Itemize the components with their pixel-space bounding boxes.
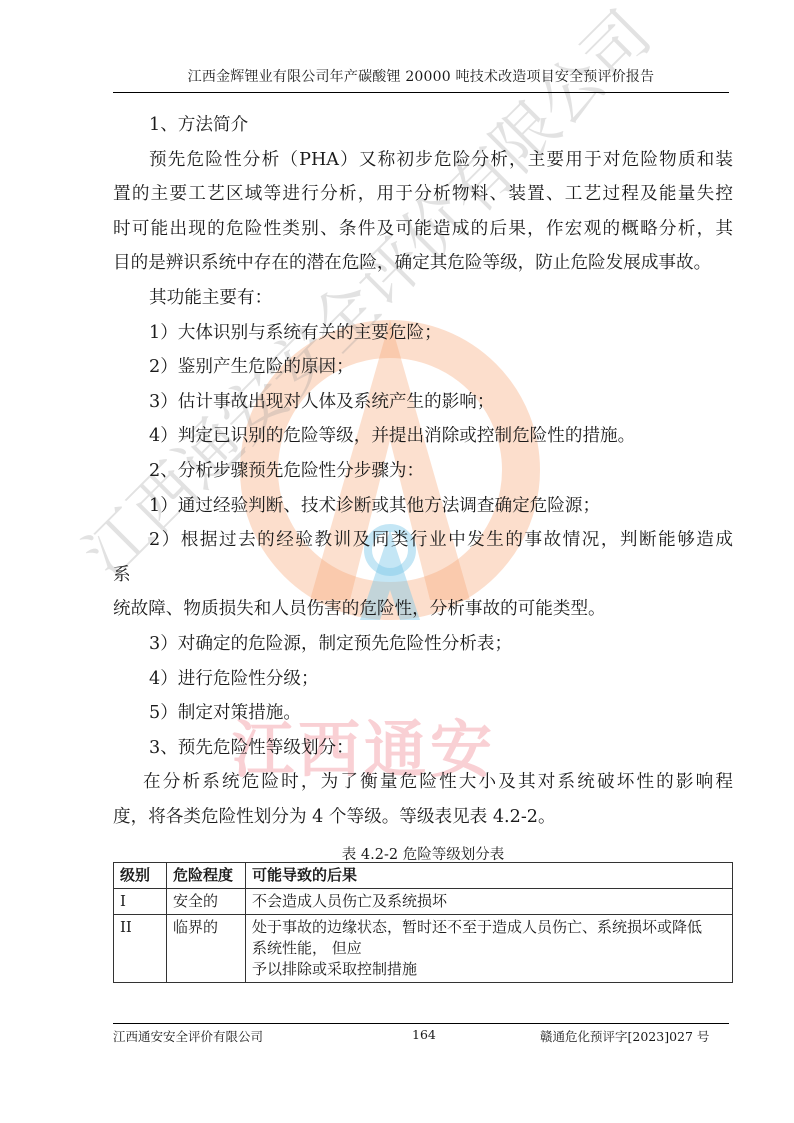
list-item: 2）根据过去的经验教训及同类行业中发生的事故情况，判断能够造成: [113, 523, 733, 558]
document-page: 江西通安 江西通安安全评价有限公司 江西金辉锂业有限公司年产碳酸锂 20000 …: [0, 0, 794, 1123]
list-item: 3）对确定的危险源，制定预先危险性分析表；: [113, 627, 733, 662]
list-item: 3）估计事故出现对人体及系统产生的影响；: [113, 385, 733, 420]
table-caption: 表 4.2-2 危险等级划分表: [113, 843, 733, 864]
page-number: 164: [412, 1027, 436, 1042]
cell-consequence: 处于事故的边缘状态，暂时还不至于造成人员伤亡、系统损坏或降低 系统性能， 但应 …: [246, 915, 733, 983]
section-heading-grades: 3、预先危险性等级划分：: [113, 731, 733, 766]
list-item: 1）通过经验判断、技术诊断或其他方法调查确定危险源；: [113, 489, 733, 524]
hazard-grade-table: 级别 危险程度 可能导致的后果 I 安全的 不会造成人员伤亡及系统损坏 II 临…: [113, 862, 733, 983]
footer-doc-number: 赣通危化预评字[2023]027 号: [540, 1027, 709, 1045]
paragraph-line: 在分析系统危险时，为了衡量危险性大小及其对系统破坏性的影响程: [113, 765, 733, 800]
table-row: I 安全的 不会造成人员伤亡及系统损坏: [114, 889, 733, 915]
column-header-consequence: 可能导致的后果: [246, 863, 733, 889]
paragraph-line: 统故障、物质损失和人员伤害的危险性，分析事故的可能类型。: [113, 592, 733, 627]
table-row: II 临界的 处于事故的边缘状态，暂时还不至于造成人员伤亡、系统损坏或降低 系统…: [114, 915, 733, 983]
section-heading-steps: 2、分析步骤预先危险性分步骤为：: [113, 454, 733, 489]
table-header-row: 级别 危险程度 可能导致的后果: [114, 863, 733, 889]
header-divider: [113, 92, 729, 93]
consequence-line: 系统性能， 但应: [252, 938, 726, 959]
list-item: 4）进行危险性分级；: [113, 662, 733, 697]
body-content: 1、方法简介 预先危险性分析（PHA）又称初步危险分析，主要用于对危险物质和装 …: [113, 108, 733, 834]
cell-level: 安全的: [167, 889, 246, 915]
paragraph-line: 置的主要工艺区域等进行分析，用于分析物料、装置、工艺过程及能量失控: [113, 177, 733, 212]
list-item: 4）判定已识别的危险等级，并提出消除或控制危险性的措施。: [113, 419, 733, 454]
paragraph-line: 时可能出现的危险性类别、条件及可能造成的后果，作宏观的概略分析，其: [113, 212, 733, 247]
list-item: 5）制定对策措施。: [113, 696, 733, 731]
list-item: 2）鉴别产生危险的原因；: [113, 350, 733, 385]
footer-company: 江西通安安全评价有限公司: [113, 1027, 263, 1045]
cell-grade: I: [114, 889, 167, 915]
page-header-title: 江西金辉锂业有限公司年产碳酸锂 20000 吨技术改造项目安全预评价报告: [113, 66, 729, 86]
cell-level: 临界的: [167, 915, 246, 983]
paragraph-line: 其功能主要有：: [113, 281, 733, 316]
consequence-line: 处于事故的边缘状态，暂时还不至于造成人员伤亡、系统损坏或降低: [252, 917, 726, 938]
paragraph-line: 度，将各类危险性划分为 4 个等级。等级表见表 4.2-2。: [113, 800, 733, 835]
paragraph-line: 目的是辨识系统中存在的潜在危险，确定其危险等级，防止危险发展成事故。: [113, 246, 733, 281]
paragraph-line: 预先危险性分析（PHA）又称初步危险分析，主要用于对危险物质和装: [113, 143, 733, 178]
column-header-level: 危险程度: [167, 863, 246, 889]
footer-divider: [113, 1023, 729, 1024]
cell-grade: II: [114, 915, 167, 983]
paragraph-line: 系: [113, 558, 733, 593]
column-header-grade: 级别: [114, 863, 167, 889]
cell-consequence: 不会造成人员伤亡及系统损坏: [246, 889, 733, 915]
list-item: 1）大体识别与系统有关的主要危险；: [113, 316, 733, 351]
consequence-line: 予以排除或采取控制措施: [252, 959, 726, 980]
section-heading-method: 1、方法简介: [113, 108, 733, 143]
